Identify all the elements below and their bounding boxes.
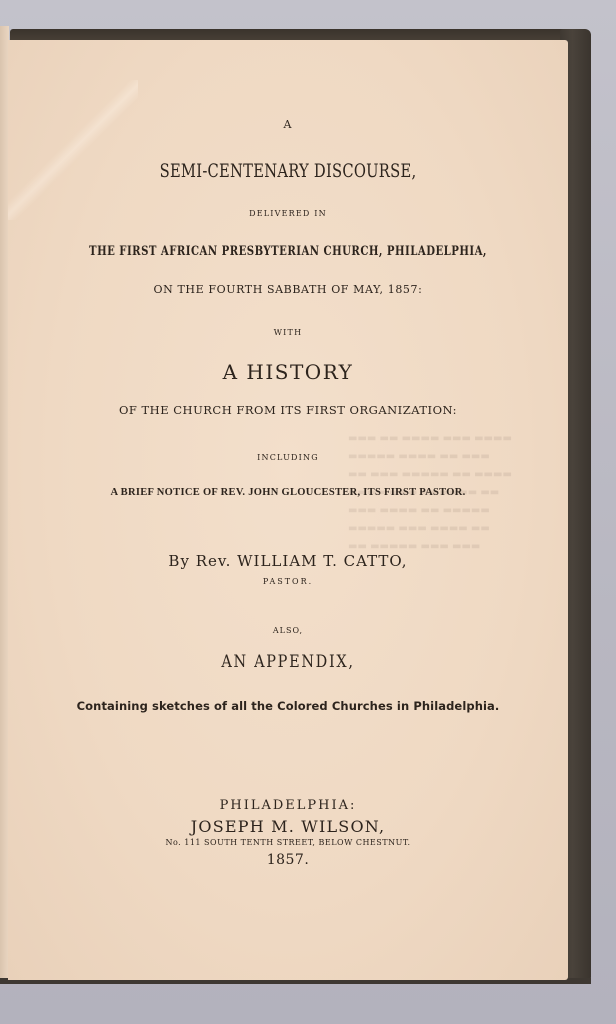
author-name: WILLIAM T. CATTO, — [237, 552, 407, 570]
delivered-in-label: DELIVERED IN — [8, 209, 568, 218]
title-article: A — [8, 118, 568, 131]
page-crease — [8, 80, 138, 220]
author-line: By Rev. WILLIAM T. CATTO, — [8, 552, 568, 570]
including-label: INCLUDING — [8, 453, 568, 462]
imprint-city: PHILADELPHIA: — [8, 798, 568, 813]
venue-line: THE FIRST AFRICAN PRESBYTERIAN CHURCH, P… — [70, 244, 507, 259]
subtitle-detail: OF THE CHURCH FROM ITS FIRST ORGANIZATIO… — [8, 403, 568, 417]
subtitle: A HISTORY — [8, 360, 568, 384]
imprint-year: 1857. — [8, 852, 568, 868]
main-title: SEMI-CENTENARY DISCOURSE, — [47, 160, 529, 182]
appendix-title: AN APPENDIX, — [50, 652, 526, 672]
appendix-detail: Containing sketches of all the Colored C… — [8, 699, 568, 713]
notice-line: A BRIEF NOTICE OF REV. JOHN GLOUCESTER, … — [8, 487, 568, 498]
author-role: PASTOR. — [8, 577, 568, 586]
also-label: ALSO, — [8, 626, 568, 635]
imprint-address: No. 111 SOUTH TENTH STREET, BELOW CHESTN… — [8, 838, 568, 847]
author-by: By — [168, 552, 190, 570]
title-page: ▬▬▬ ▬▬ ▬▬▬▬ ▬▬▬ ▬▬▬▬▬▬▬▬▬ ▬▬▬▬ ▬▬ ▬▬▬▬▬ … — [8, 40, 568, 980]
date-line: ON THE FOURTH SABBATH OF MAY, 1857: — [8, 283, 568, 296]
author-rev: Rev. — [196, 552, 232, 570]
imprint-publisher: JOSEPH M. WILSON, — [8, 817, 568, 836]
with-label: WITH — [8, 328, 568, 337]
